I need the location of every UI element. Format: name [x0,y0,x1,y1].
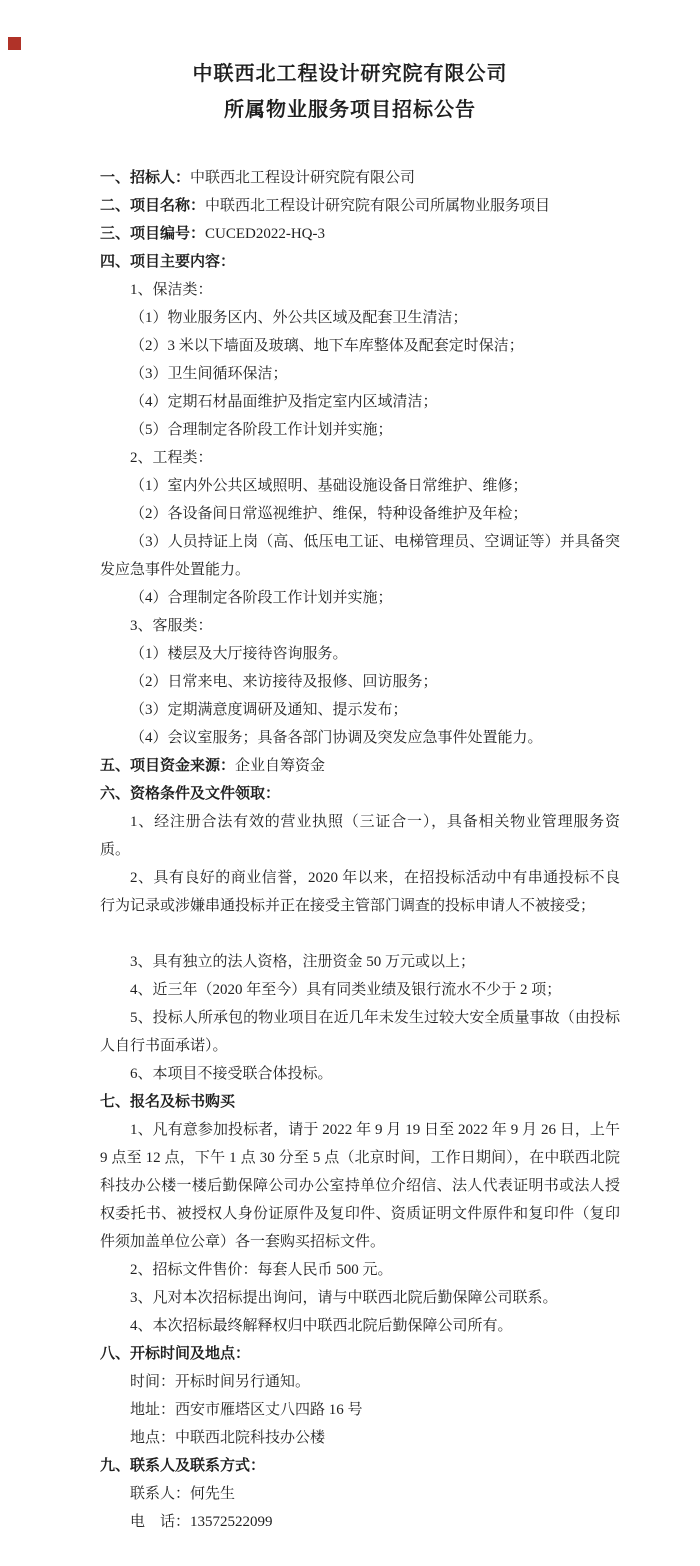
list-item: （5）合理制定各阶段工作计划并实施； [100,416,620,444]
section-6-label: 六、资格条件及文件领取： [100,786,280,802]
list-item: （1）楼层及大厅接待咨询服务。 [100,640,620,668]
section-5-value: 企业自筹资金 [235,758,325,774]
contact-phone: 电 话：13572522099 [100,1508,620,1536]
list-item-cleaning-head: 1、保洁类： [100,276,620,304]
list-item: （2）日常来电、来访接待及报修、回访服务； [100,668,620,696]
list-item: （1）室内外公共区域照明、基础设施设备日常维护、维修； [100,472,620,500]
list-item: 5、投标人所承包的物业项目在近几年未发生过较大安全质量事故（由投标人自行书面承诺… [100,1004,620,1060]
list-item: 2、招标文件售价：每套人民币 500 元。 [100,1256,620,1284]
section-8-opening: 八、开标时间及地点： [100,1340,620,1368]
section-3-value: CUCED2022-HQ-3 [205,226,325,242]
section-9-label: 九、联系人及联系方式： [100,1458,265,1474]
list-item: 1、经注册合法有效的营业执照（三证合一），具备相关物业管理服务资质。 [100,808,620,864]
list-item: （1）物业服务区内、外公共区域及配套卫生清洁； [100,304,620,332]
contact-person: 联系人：何先生 [100,1480,620,1508]
list-item: （3）人员持证上岗（高、低压电工证、电梯管理员、空调证等）并具备突发应急事件处置… [100,528,620,584]
section-4-label: 四、项目主要内容： [100,254,235,270]
section-6-qualifications: 六、资格条件及文件领取： [100,780,620,808]
section-4-main-content: 四、项目主要内容： [100,248,620,276]
title-line2: 所属物业服务项目招标公告 [0,92,700,128]
list-item: 6、本项目不接受联合体投标。 [100,1060,620,1088]
list-item-engineering-head: 2、工程类： [100,444,620,472]
list-item: （4）定期石材晶面维护及指定室内区域清洁； [100,388,620,416]
list-item: 2、具有良好的商业信誉，2020 年以来，在招投标活动中有串通投标不良行为记录或… [100,864,620,920]
section-2-project-name: 二、项目名称：中联西北工程设计研究院有限公司所属物业服务项目 [100,192,620,220]
list-item: 1、凡有意参加投标者，请于 2022 年 9 月 19 日至 2022 年 9 … [100,1116,620,1256]
section-3-project-number: 三、项目编号：CUCED2022-HQ-3 [100,220,620,248]
section-7-label: 七、报名及标书购买 [100,1094,235,1110]
list-item: 3、凡对本次招标提出询问，请与中联西北院后勤保障公司联系。 [100,1284,620,1312]
list-item: （2）各设备间日常巡视维护、维保，特种设备维护及年检； [100,500,620,528]
list-item: 3、具有独立的法人资格，注册资金 50 万元或以上； [100,948,620,976]
opening-address: 地址：西安市雁塔区丈八四路 16 号 [100,1396,620,1424]
list-item: （3）卫生间循环保洁； [100,360,620,388]
section-1-value: 中联西北工程设计研究院有限公司 [190,170,415,186]
title-line1: 中联西北工程设计研究院有限公司 [0,56,700,92]
document-title: 中联西北工程设计研究院有限公司 所属物业服务项目招标公告 [0,0,700,128]
list-item: （4）会议室服务；具备各部门协调及突发应急事件处置能力。 [100,724,620,752]
list-item: （4）合理制定各阶段工作计划并实施； [100,584,620,612]
tender-announcement-page: 中联西北工程设计研究院有限公司 所属物业服务项目招标公告 一、招标人：中联西北工… [0,0,700,1566]
section-1-bidder: 一、招标人：中联西北工程设计研究院有限公司 [100,164,620,192]
section-2-value: 中联西北工程设计研究院有限公司所属物业服务项目 [205,198,550,214]
section-8-label: 八、开标时间及地点： [100,1346,250,1362]
section-5-label: 五、项目资金来源： [100,758,235,774]
red-mark [8,37,21,50]
list-item: （2）3 米以下墙面及玻璃、地下车库整体及配套定时保洁； [100,332,620,360]
section-3-label: 三、项目编号： [100,226,205,242]
document-body: 一、招标人：中联西北工程设计研究院有限公司 二、项目名称：中联西北工程设计研究院… [0,128,700,1566]
opening-location: 地点：中联西北院科技办公楼 [100,1424,620,1452]
opening-time: 时间：开标时间另行通知。 [100,1368,620,1396]
list-item-service-head: 3、客服类： [100,612,620,640]
list-item: 4、近三年（2020 年至今）具有同类业绩及银行流水不少于 2 项； [100,976,620,1004]
section-2-label: 二、项目名称： [100,198,205,214]
section-5-funding: 五、项目资金来源：企业自筹资金 [100,752,620,780]
section-7-registration: 七、报名及标书购买 [100,1088,620,1116]
list-item: 4、本次招标最终解释权归中联西北院后勤保障公司所有。 [100,1312,620,1340]
section-1-label: 一、招标人： [100,170,190,186]
section-9-contact: 九、联系人及联系方式： [100,1452,620,1480]
list-item: （3）定期满意度调研及通知、提示发布； [100,696,620,724]
